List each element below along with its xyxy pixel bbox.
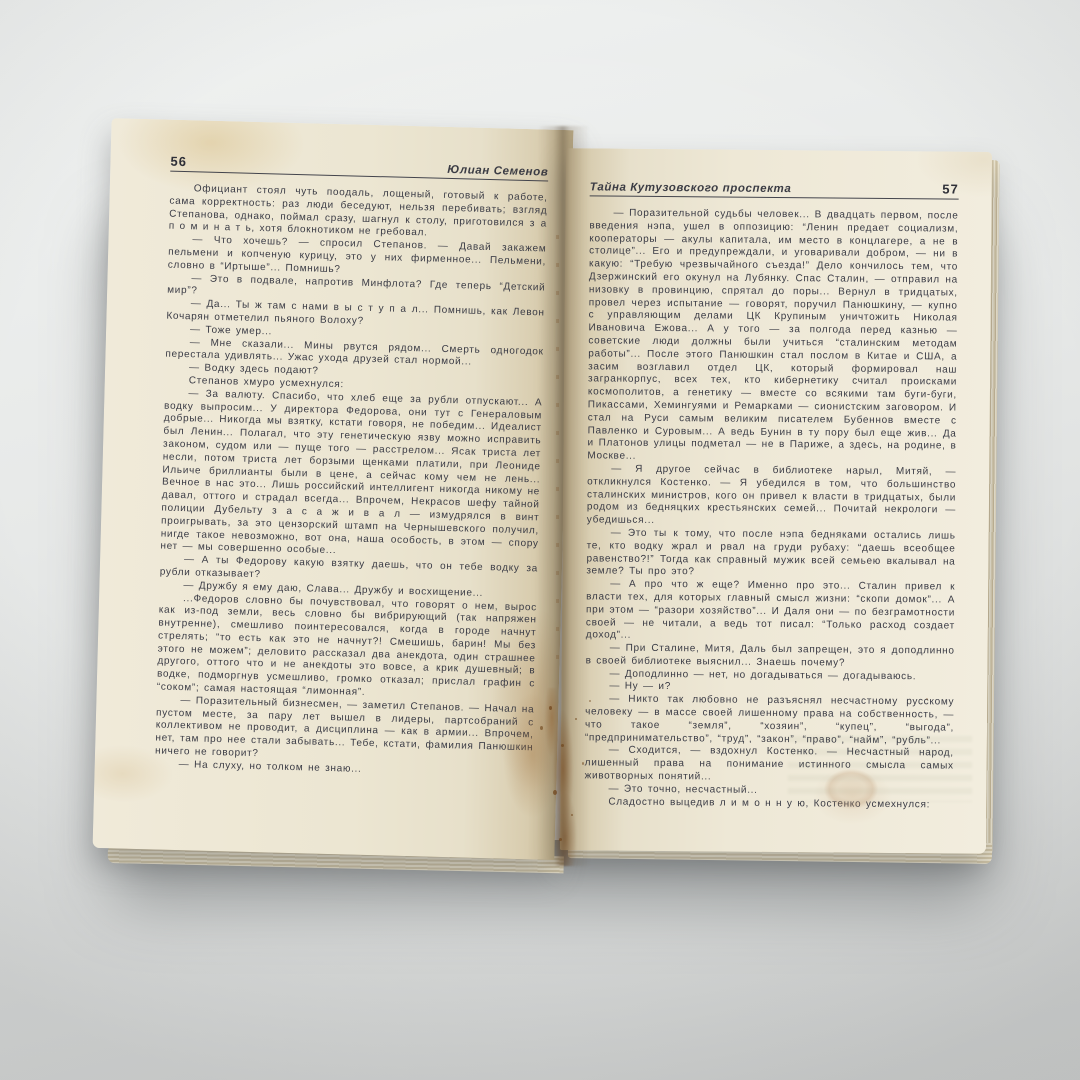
stain-blotch <box>503 693 561 818</box>
stain-speck <box>561 744 564 747</box>
stain-speck <box>926 698 928 700</box>
stain-speck <box>589 700 591 702</box>
paragraph: — А про что ж еще? Именно про это... Ста… <box>586 578 956 645</box>
page-number-right: 57 <box>942 181 959 196</box>
running-head-author: Юлиан Семенов <box>447 164 548 179</box>
stain-speck <box>559 838 562 841</box>
stain-speck <box>582 762 584 765</box>
page-number-left: 56 <box>170 154 187 169</box>
paragraph: — Я другое сейчас в библиотеке нарыл, Ми… <box>587 463 957 530</box>
running-header-left: 56 Юлиан Семенов <box>170 154 548 182</box>
running-head-title: Тайна Кутузовского проспекта <box>590 181 792 195</box>
stain-speck <box>549 706 552 710</box>
stain-speck <box>575 718 577 720</box>
paragraph: — При Сталине, Митя, Даль был запрещен, … <box>586 642 955 671</box>
table-surface: 56 Юлиан Семенов Официант стоял чуть поо… <box>0 0 1080 1080</box>
running-header-right: Тайна Кутузовского проспекта 57 <box>590 178 959 199</box>
binding-stitches <box>556 235 559 665</box>
paragraph: — За валюту. Спасибо, что хлеб еще за ру… <box>160 387 542 563</box>
paragraph: — Поразительной судьбы человек... В двад… <box>587 207 958 466</box>
stain-speck <box>540 726 543 730</box>
book-page-left: 56 Юлиан Семенов Официант стоял чуть поо… <box>93 118 574 860</box>
paragraph: — Это ты к тому, что после нэпа беднякам… <box>586 527 955 581</box>
paragraph: — Поразительный бизнесмен, — заметил Сте… <box>155 694 535 768</box>
stain-speck <box>571 814 573 816</box>
paragraph: ...Федоров словно бы почувствовал, что г… <box>157 592 538 704</box>
stain-ring <box>820 766 882 812</box>
page-text-right: — Поразительной судьбы человек... В двад… <box>584 207 958 812</box>
page-text-left: Официант стоял чуть поодаль, лощеный, го… <box>155 183 548 781</box>
stain-speck <box>553 790 557 795</box>
